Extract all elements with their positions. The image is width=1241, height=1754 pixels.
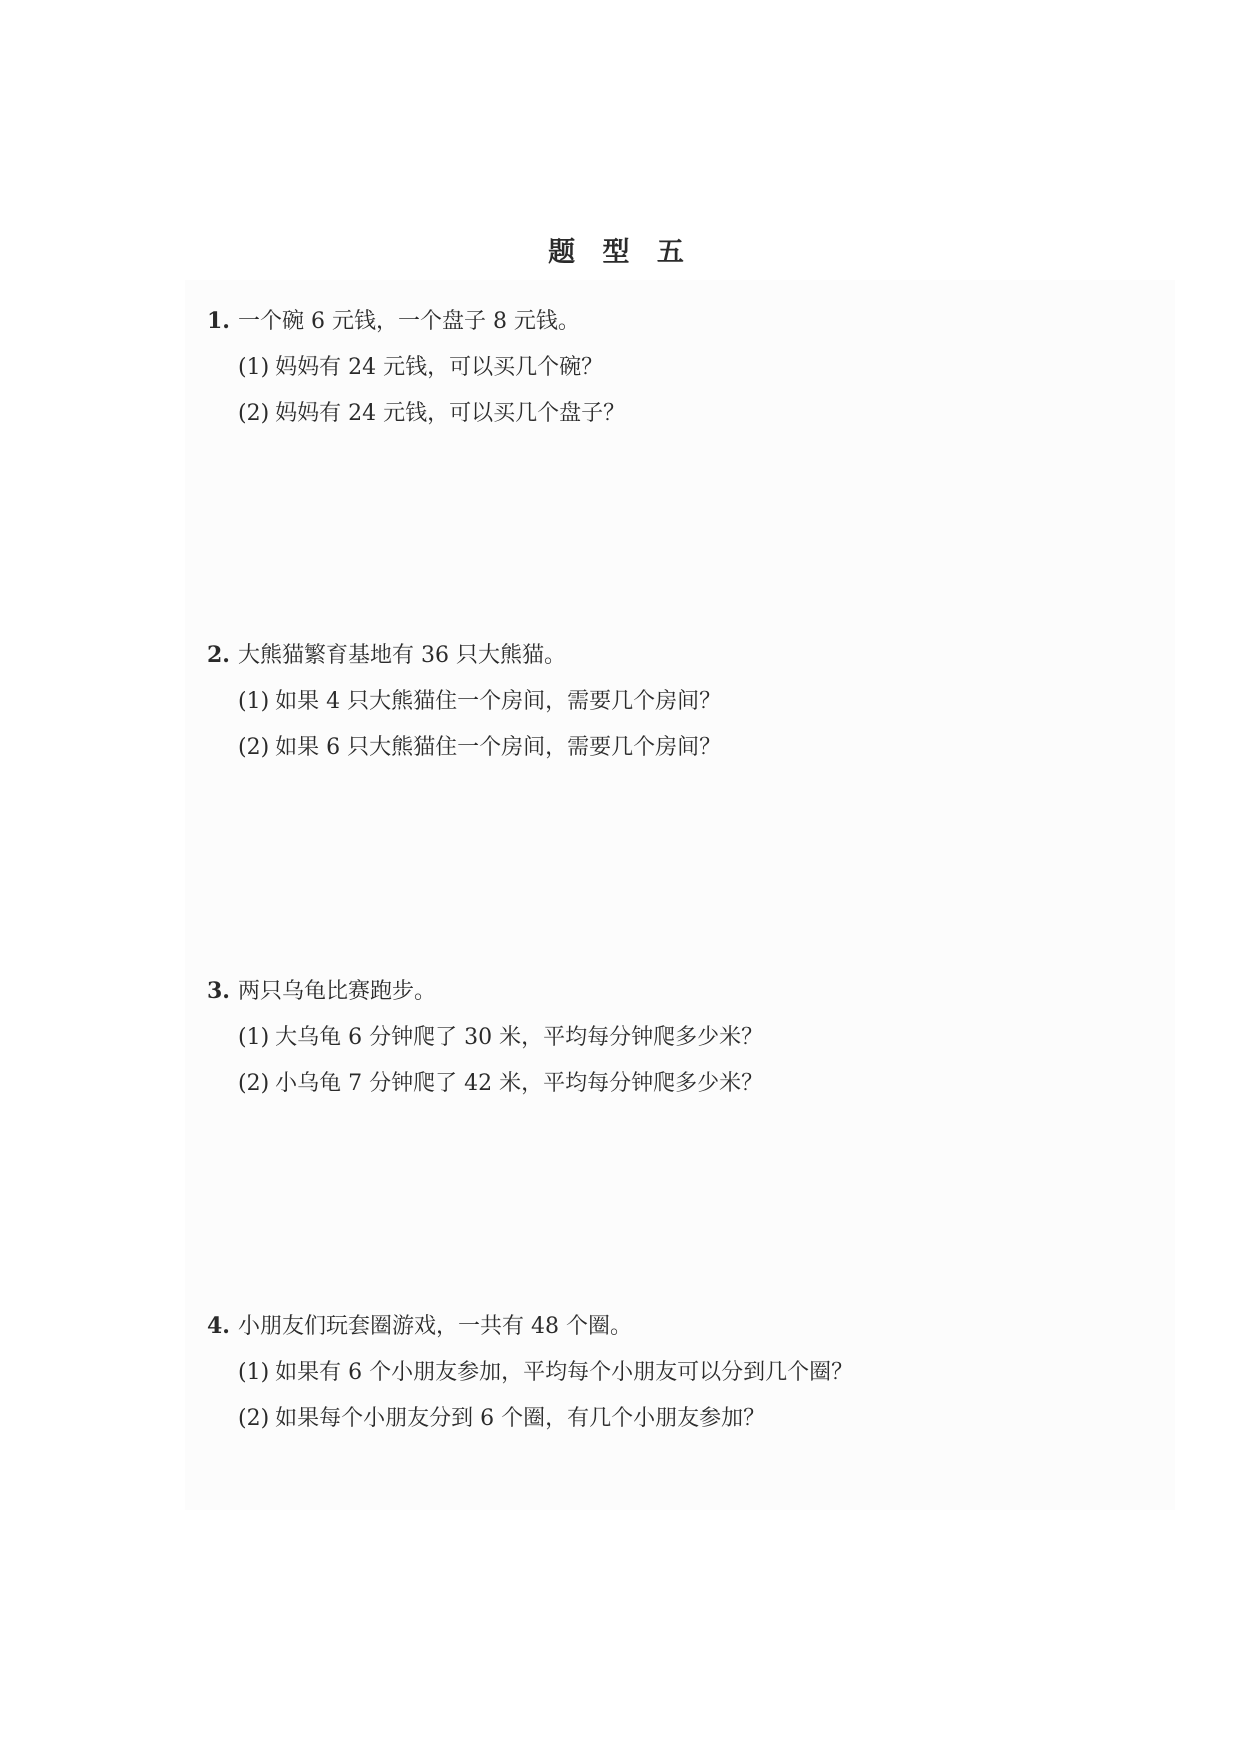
sub-question-text: 如果每个小朋友分到 6 个圈，有几个小朋友参加？	[275, 1406, 765, 1431]
question-number: 4.	[207, 1313, 230, 1339]
question-stem: 3.两只乌龟比赛跑步。	[207, 976, 763, 1007]
sub-question: (1)如果 4 只大熊猫住一个房间，需要几个房间？	[238, 687, 721, 717]
page-title: 题 型 五	[0, 230, 1241, 269]
sub-question-text: 如果 4 只大熊猫住一个房间，需要几个房间？	[275, 689, 721, 714]
sub-question-text: 小乌龟 7 分钟爬了 42 米，平均每分钟爬多少米？	[275, 1071, 763, 1096]
sub-question: (1)妈妈有 24 元钱，可以买几个碗？	[238, 353, 625, 383]
question-number: 2.	[207, 642, 230, 668]
sub-question-label: (1)	[238, 355, 269, 380]
question-1: 1.一个碗 6 元钱，一个盘子 8 元钱。 (1)妈妈有 24 元钱，可以买几个…	[207, 306, 625, 429]
sub-question-label: (1)	[238, 689, 269, 714]
sub-question: (2)如果 6 只大熊猫住一个房间，需要几个房间？	[238, 733, 721, 763]
question-2: 2.大熊猫繁育基地有 36 只大熊猫。 (1)如果 4 只大熊猫住一个房间，需要…	[207, 640, 721, 763]
question-3: 3.两只乌龟比赛跑步。 (1)大乌龟 6 分钟爬了 30 米，平均每分钟爬多少米…	[207, 976, 763, 1099]
sub-question: (2)妈妈有 24 元钱，可以买几个盘子？	[238, 399, 625, 429]
question-text: 一个碗 6 元钱，一个盘子 8 元钱。	[238, 309, 580, 334]
question-stem: 4.小朋友们玩套圈游戏，一共有 48 个圈。	[207, 1311, 853, 1342]
sub-question: (2)小乌龟 7 分钟爬了 42 米，平均每分钟爬多少米？	[238, 1069, 763, 1099]
question-text: 小朋友们玩套圈游戏，一共有 48 个圈。	[238, 1314, 632, 1339]
sub-question-text: 大乌龟 6 分钟爬了 30 米，平均每分钟爬多少米？	[275, 1025, 763, 1050]
sub-question-text: 妈妈有 24 元钱，可以买几个盘子？	[275, 401, 625, 426]
sub-question: (1)大乌龟 6 分钟爬了 30 米，平均每分钟爬多少米？	[238, 1023, 763, 1053]
sub-question-label: (2)	[238, 401, 269, 426]
sub-question-label: (2)	[238, 1406, 269, 1431]
question-number: 3.	[207, 978, 230, 1004]
question-4: 4.小朋友们玩套圈游戏，一共有 48 个圈。 (1)如果有 6 个小朋友参加，平…	[207, 1311, 853, 1434]
sub-question-text: 如果 6 只大熊猫住一个房间，需要几个房间？	[275, 735, 721, 760]
question-stem: 1.一个碗 6 元钱，一个盘子 8 元钱。	[207, 306, 625, 337]
question-stem: 2.大熊猫繁育基地有 36 只大熊猫。	[207, 640, 721, 671]
sub-question-label: (1)	[238, 1025, 269, 1050]
question-text: 大熊猫繁育基地有 36 只大熊猫。	[238, 643, 566, 668]
sub-question-label: (2)	[238, 1071, 269, 1096]
sub-question: (2)如果每个小朋友分到 6 个圈，有几个小朋友参加？	[238, 1404, 853, 1434]
question-number: 1.	[207, 308, 230, 334]
sub-question-label: (2)	[238, 735, 269, 760]
sub-question-label: (1)	[238, 1360, 269, 1385]
sub-question-text: 妈妈有 24 元钱，可以买几个碗？	[275, 355, 603, 380]
question-text: 两只乌龟比赛跑步。	[238, 979, 436, 1004]
sub-question: (1)如果有 6 个小朋友参加，平均每个小朋友可以分到几个圈？	[238, 1358, 853, 1388]
sub-question-text: 如果有 6 个小朋友参加，平均每个小朋友可以分到几个圈？	[275, 1360, 853, 1385]
